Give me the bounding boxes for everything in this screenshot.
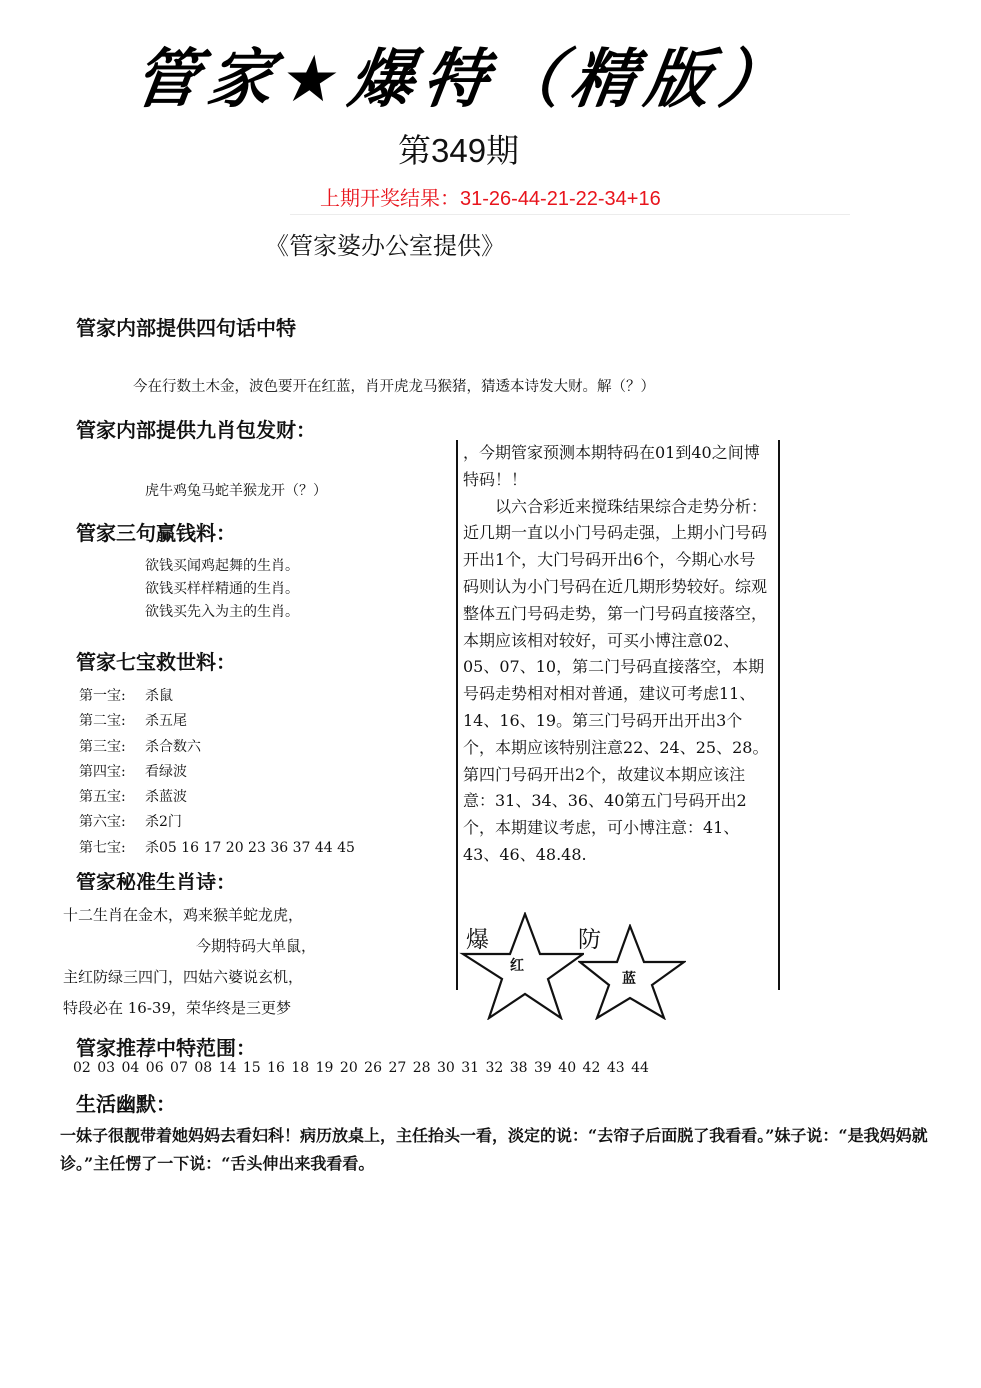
burst-color: 红 [510, 955, 524, 975]
treasure-row: 第一宝:杀鼠 [79, 684, 355, 709]
seven-treasures-list: 第一宝:杀鼠 第二宝:杀五尾 第三宝:杀合数六 第四宝:看绿波 第五宝:杀蓝波 … [79, 684, 355, 861]
recommend-numbers: 02 03 04 06 07 08 14 15 16 18 19 20 26 2… [73, 1060, 649, 1076]
last-result-value: 31-26-44-21-22-34+16 [460, 188, 661, 210]
divider [290, 214, 850, 215]
zodiac-poem-heading-clip: 管家秘准生肖诗： [76, 872, 236, 890]
humor-heading: 生活幽默： [76, 1088, 176, 1117]
poem-line: 特段必在 16-39，荣华终是三更梦 [63, 993, 316, 1024]
humor-text: 一妹子很靓带着她妈妈去看妇科！病历放桌上，主任抬头一看，淡定的说：“去帘子后面脱… [60, 1122, 940, 1178]
treasure-value: 杀合数六 [145, 735, 201, 760]
treasure-label: 第一宝: [79, 684, 145, 709]
recommend-heading: 管家推荐中特范围： [76, 1032, 256, 1061]
treasure-label: 第六宝: [79, 810, 145, 835]
analysis-intro: ，今期管家预测本期特码在01到40之间博特码！！ [463, 440, 769, 494]
treasure-label: 第三宝: [79, 735, 145, 760]
three-sentences-heading: 管家三句赢钱料： [76, 517, 236, 546]
zodiac-poem-heading: 管家秘准生肖诗： [76, 872, 236, 890]
treasure-value: 杀蓝波 [145, 785, 187, 810]
poem-line: 主红防绿三四门，四姑六婆说玄机， [63, 962, 316, 993]
last-result: 上期开奖结果：31-26-44-21-22-34+16 [320, 182, 661, 211]
treasure-value: 杀2门 [145, 810, 182, 835]
treasure-label: 第五宝: [79, 785, 145, 810]
guard-color: 蓝 [622, 968, 636, 988]
treasure-value: 看绿波 [145, 760, 187, 785]
analysis-paragraph: 以六合彩近来搅珠结果综合走势分析：近几期一直以小门号码走强，上期小门号码开出1个… [463, 494, 769, 869]
four-sentences-text: 今在行数土木金，波色要开在红蓝，肖开虎龙马猴猪，猜透本诗发大财。解（？） [133, 375, 655, 396]
nine-zodiac-heading: 管家内部提供九肖包发财： [76, 414, 316, 443]
issue-number: 第349期 [398, 125, 519, 172]
title-part-2: 爆特（精版） [344, 43, 798, 117]
poem-line: 十二生肖在金木，鸡来猴羊蛇龙虎， [63, 900, 316, 931]
four-sentences-heading: 管家内部提供四句话中特 [76, 312, 296, 341]
title-part-1: 管家 [129, 43, 287, 117]
treasure-label: 第二宝: [79, 709, 145, 734]
poem-line: 今期特码大单鼠， [63, 931, 316, 962]
three-sentences-line: 欲钱买闻鸡起舞的生肖。 [145, 555, 299, 578]
provider-line: 《管家婆办公室提供》 [265, 226, 505, 261]
treasure-value: 杀五尾 [145, 709, 187, 734]
seven-treasures-heading: 管家七宝救世料： [76, 646, 236, 675]
treasure-label: 第七宝: [79, 836, 145, 861]
treasure-row: 第三宝:杀合数六 [79, 735, 355, 760]
analysis-text: ，今期管家预测本期特码在01到40之间博特码！！ 以六合彩近来搅珠结果综合走势分… [463, 440, 769, 869]
treasure-row: 第五宝:杀蓝波 [79, 785, 355, 810]
star-icon: ★ [277, 43, 355, 117]
last-result-label: 上期开奖结果： [320, 188, 460, 210]
three-sentences-line: 欲钱买先入为主的生肖。 [145, 601, 299, 624]
three-sentences-line: 欲钱买样样精通的生肖。 [145, 578, 299, 601]
treasure-row: 第六宝:杀2门 [79, 810, 355, 835]
treasure-row: 第七宝:杀05 16 17 20 23 36 37 44 45 [79, 836, 355, 861]
three-sentences-list: 欲钱买闻鸡起舞的生肖。 欲钱买样样精通的生肖。 欲钱买先入为主的生肖。 [145, 555, 299, 624]
nine-zodiac-text: 虎牛鸡兔马蛇羊猴龙开（？） [145, 480, 327, 500]
treasure-row: 第二宝:杀五尾 [79, 709, 355, 734]
zodiac-poem: 十二生肖在金木，鸡来猴羊蛇龙虎， 今期特码大单鼠， 主红防绿三四门，四姑六婆说玄… [63, 900, 316, 1024]
treasure-row: 第四宝:看绿波 [79, 760, 355, 785]
treasure-value: 杀05 16 17 20 23 36 37 44 45 [145, 836, 355, 861]
treasure-label: 第四宝: [79, 760, 145, 785]
treasure-value: 杀鼠 [145, 684, 173, 709]
page-title: 管家★爆特（精版） [129, 28, 801, 120]
